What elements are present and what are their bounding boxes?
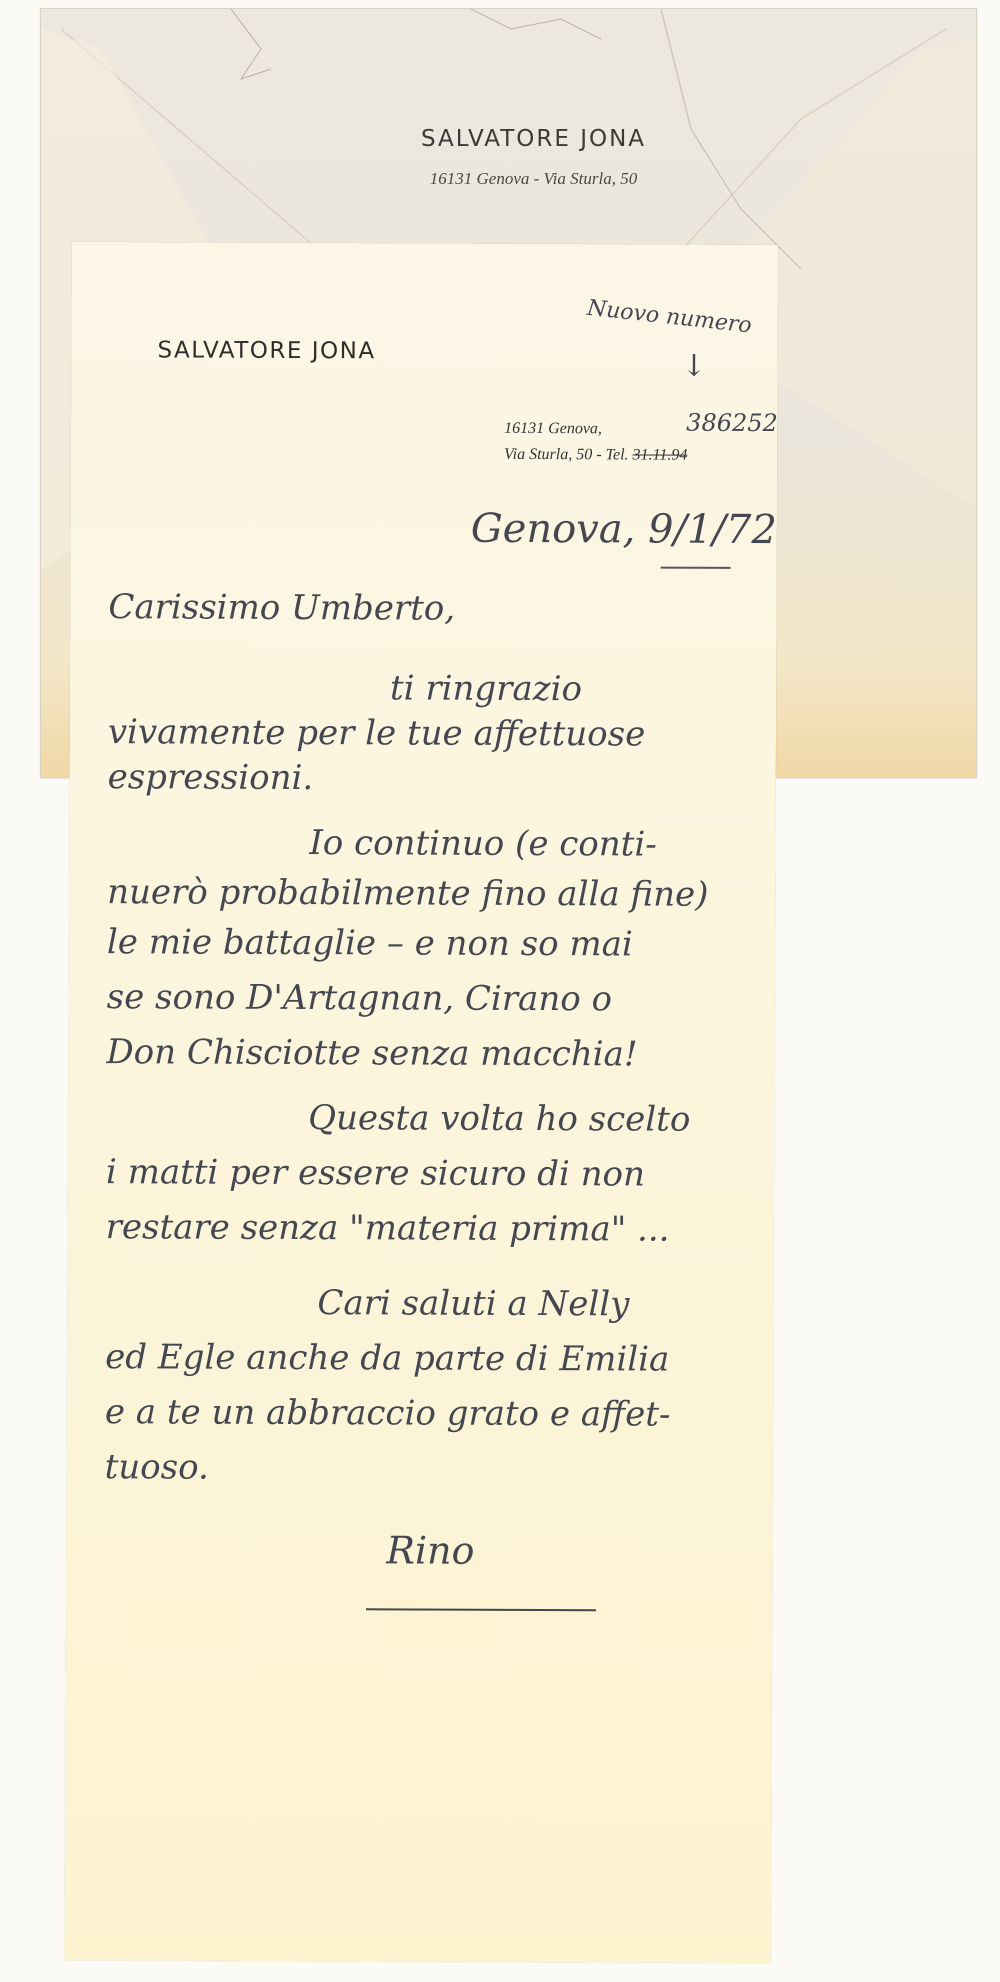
annotation-new-phone: 386252	[686, 409, 778, 437]
place-date: Genova, 9/1/72	[471, 506, 777, 553]
salutation: Carissimo Umberto,	[108, 587, 455, 629]
letter-line: restare senza "materia prima" ...	[106, 1207, 670, 1249]
letterhead-address: 16131 Genova, Via Sturla, 50 - Tel. 31.1…	[504, 416, 687, 469]
letterhead-old-phone: 31.11.94	[632, 446, 687, 463]
letter-line: le mie battaglie – e non so mai	[107, 922, 633, 964]
letter-line: ed Egle anche da parte di Emilia	[105, 1337, 669, 1379]
letterhead-street-line: Via Sturla, 50 - Tel. 31.11.94	[504, 442, 687, 469]
letter-line: e a te un abbraccio grato e affet-	[105, 1392, 671, 1434]
letter-line: nuerò probabilmente fino alla fine)	[107, 872, 708, 915]
letter-line: tuoso.	[105, 1447, 209, 1487]
letterhead-name: SALVATORE JONA	[157, 337, 375, 364]
date-underline	[661, 567, 731, 569]
envelope-sender-address: 16131 Genova - Via Sturla, 50	[41, 169, 976, 189]
letter-line: Io continuo (e conti-	[309, 823, 657, 865]
annotation-new-number-label: Nuovo numero	[586, 296, 753, 339]
signature: Rino	[386, 1528, 474, 1572]
letter-line: ti ringrazio	[390, 668, 582, 709]
letter-sheet: SALVATORE JONA Nuovo numero ↓ 386252 161…	[65, 242, 778, 1963]
letter-line: se sono D'Artagnan, Cirano o	[107, 977, 612, 1019]
letter-line: vivamente per le tue affettuose	[108, 712, 646, 754]
letter-line: Questa volta ho scelto	[308, 1098, 690, 1140]
letterhead-street: Via Sturla, 50 - Tel.	[504, 446, 633, 464]
letterhead-city: 16131 Genova,	[504, 416, 687, 443]
letter-line: espressioni.	[108, 757, 314, 798]
letter-line: Cari saluti a Nelly	[317, 1283, 629, 1324]
envelope-sender-name: SALVATORE JONA	[41, 126, 976, 152]
signature-underline	[366, 1608, 596, 1611]
letter-line: i matti per essere sicuro di non	[106, 1152, 645, 1194]
arrow-down-icon: ↓	[681, 349, 706, 384]
letter-line: Don Chisciotte senza macchia!	[106, 1032, 637, 1074]
